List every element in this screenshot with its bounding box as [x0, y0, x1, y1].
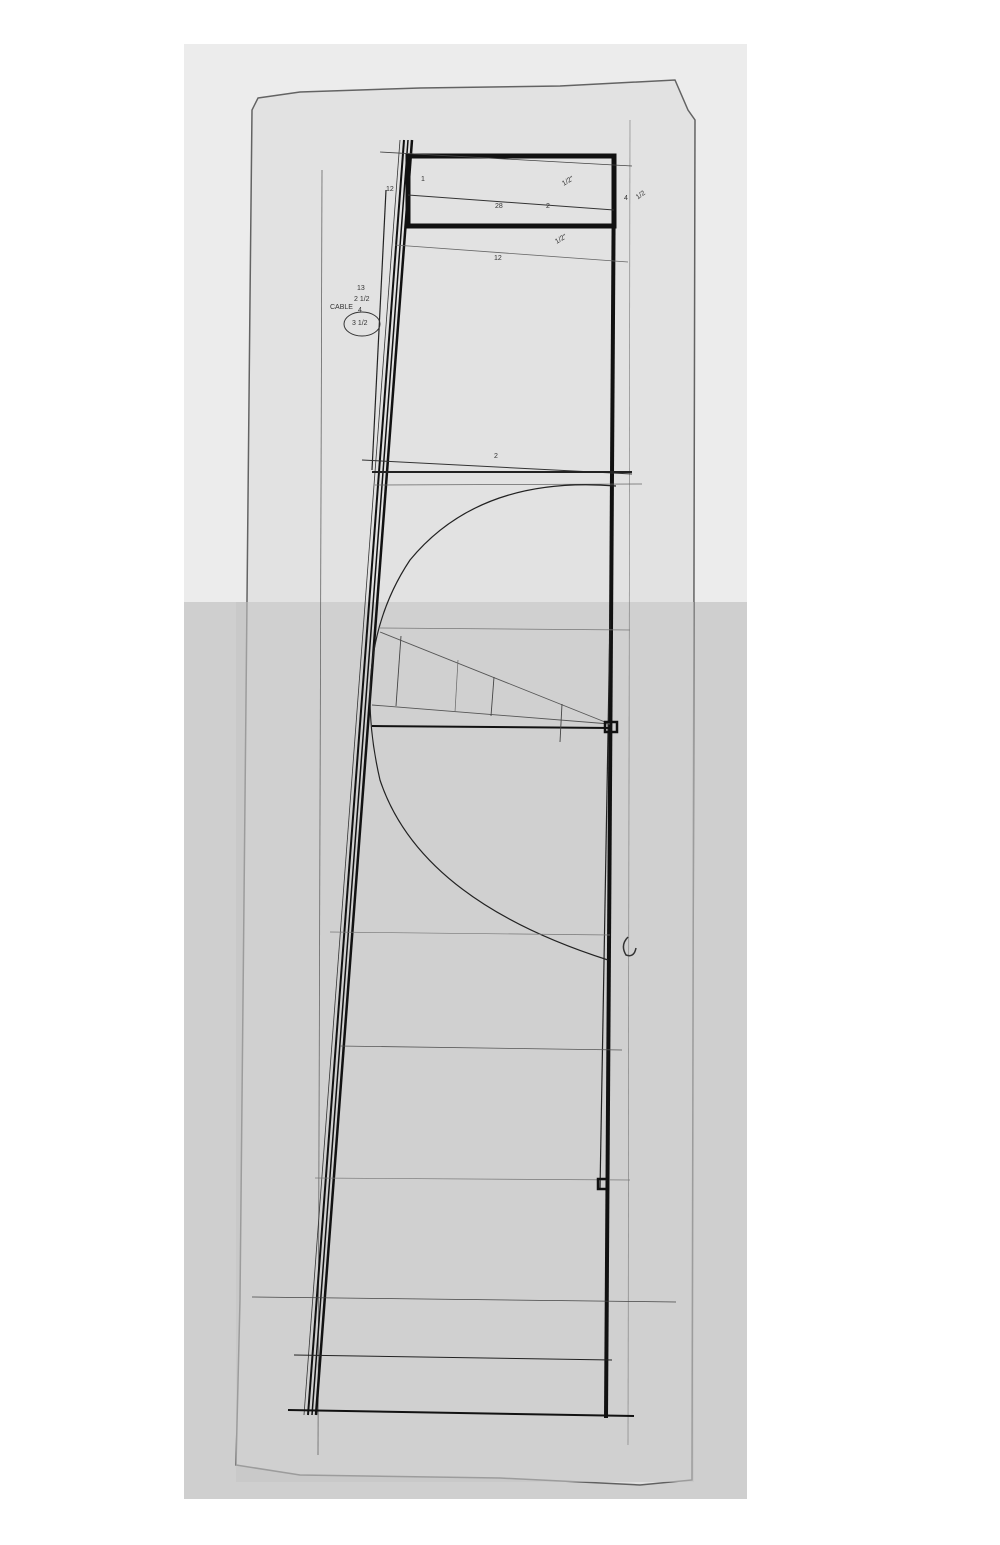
dim-small: 2 [546, 203, 550, 210]
technical-drawing [0, 0, 1000, 1545]
mid-mark: 2 [494, 453, 498, 460]
dim-mid: 28 [495, 203, 503, 210]
side-label: CABLE [330, 304, 353, 311]
fold-lower-half [236, 602, 694, 1482]
right-mark-1: 4 [624, 195, 628, 202]
dim-below: 12 [494, 255, 502, 262]
stack-3: 4 [358, 307, 362, 314]
mark-left-small: 12 [386, 186, 394, 193]
circled-value: 3 1/2 [352, 320, 368, 327]
stack-1: 13 [357, 285, 365, 292]
stack-2: 2 1/2 [354, 296, 370, 303]
mark-top-left: 1 [421, 176, 425, 183]
